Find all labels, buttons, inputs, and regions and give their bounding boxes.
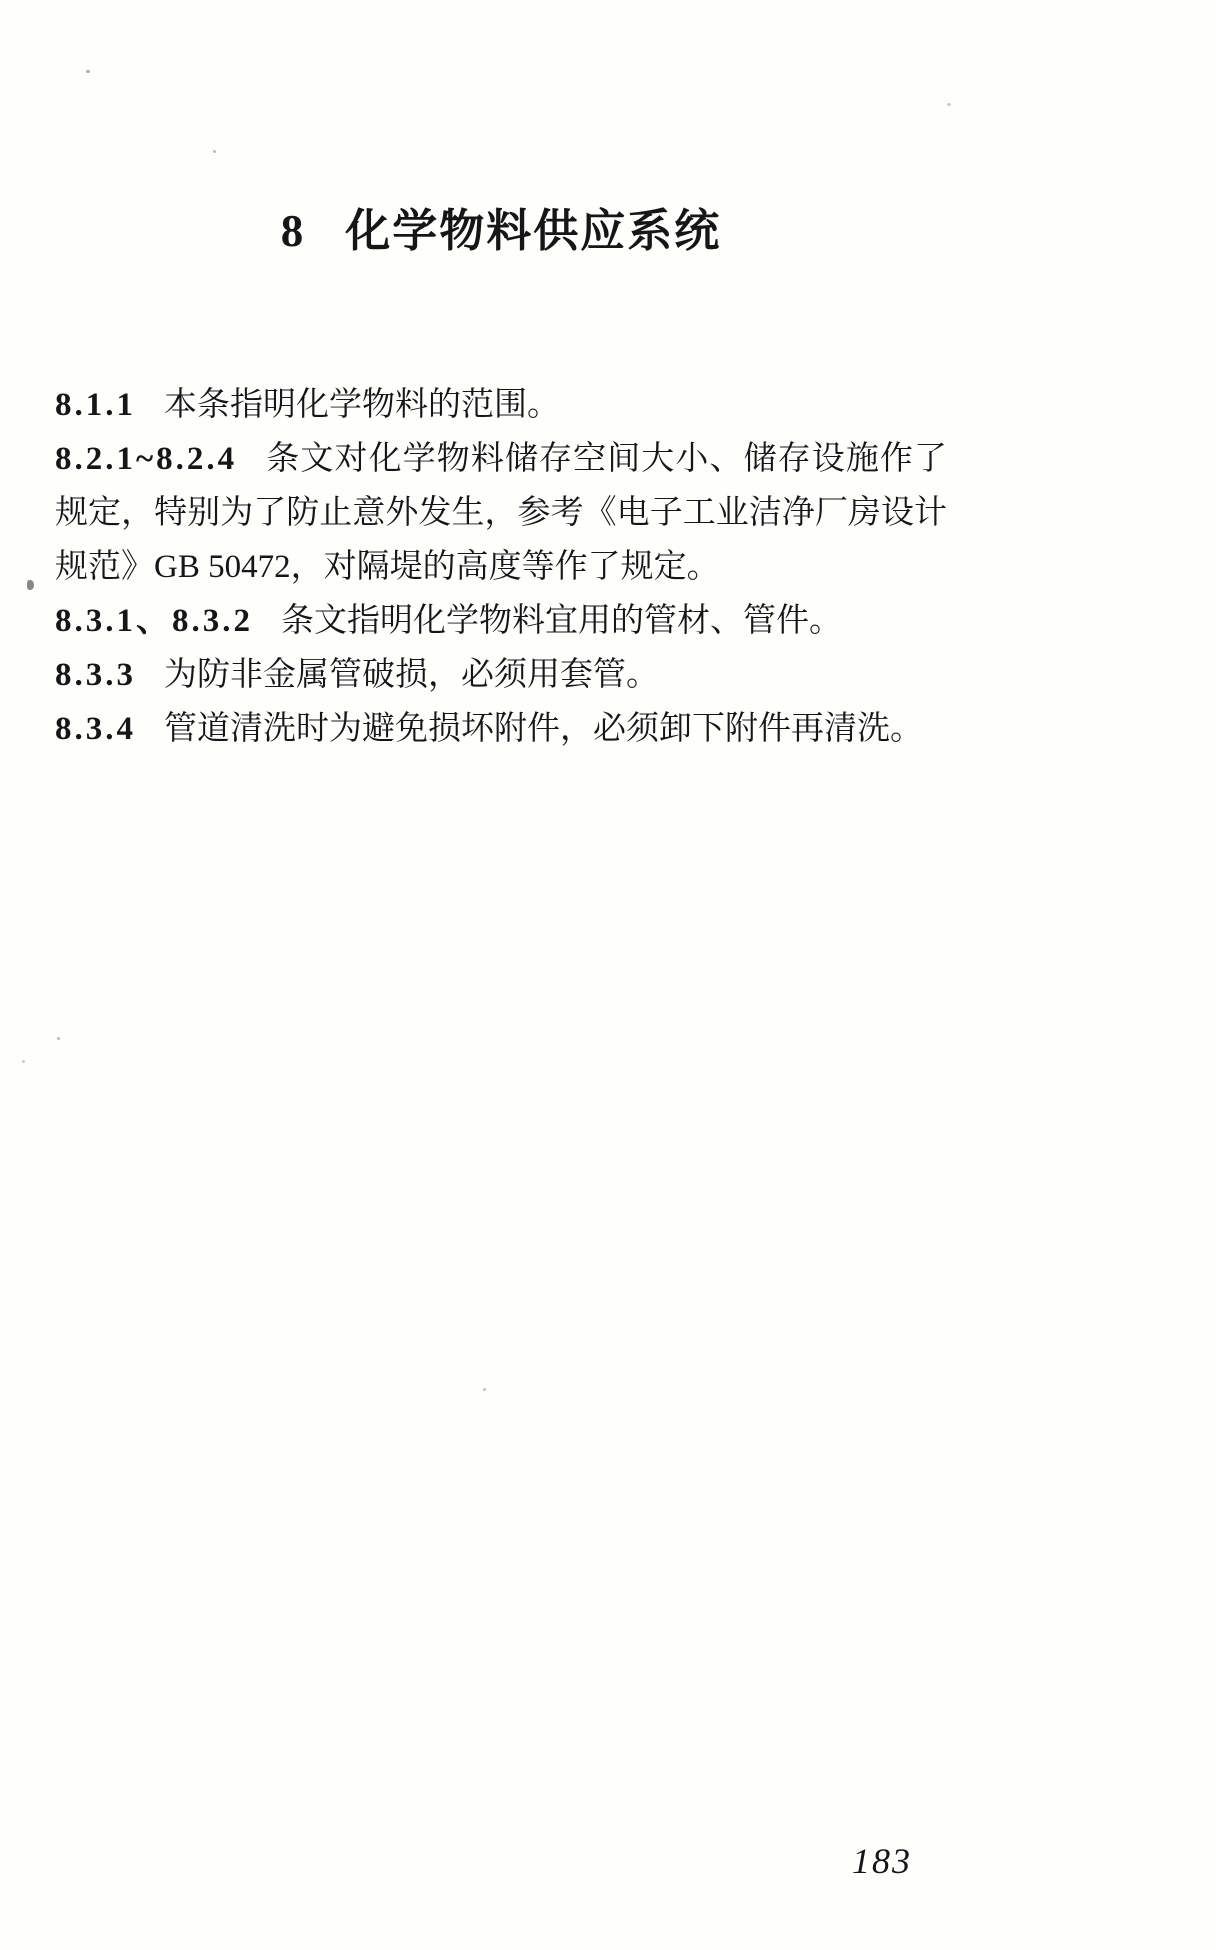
clause-explanations: 8.1.1本条指明化学物料的范围。 8.2.1~8.2.4条文对化学物料储存空间…: [55, 378, 947, 756]
chapter-title: 8化学物料供应系统: [55, 200, 947, 262]
clause-text: 为防非金属管破损，必须用套管。: [164, 657, 659, 693]
clause-paragraph: 8.2.1~8.2.4条文对化学物料储存空间大小、储存设施作了规定，特别为了防止…: [55, 432, 947, 594]
scan-speck: [27, 580, 34, 590]
clause-number: 8.3.3: [55, 657, 136, 693]
clause-number: 8.3.4: [55, 711, 136, 747]
clause-paragraph: 8.3.3为防非金属管破损，必须用套管。: [55, 648, 947, 702]
scan-speck: [213, 150, 216, 153]
clause-number: 8.2.1~8.2.4: [55, 441, 237, 477]
scan-speck: [483, 1388, 486, 1391]
scan-speck: [57, 1037, 60, 1040]
clause-paragraph: 8.3.1、8.3.2条文指明化学物料宜用的管材、管件。: [55, 594, 947, 648]
chapter-title-text: 化学物料供应系统: [345, 206, 721, 256]
scan-speck: [947, 103, 951, 106]
chapter-number: 8: [281, 206, 304, 256]
clause-text: 条文指明化学物料宜用的管材、管件。: [281, 603, 842, 639]
document-page: 8化学物料供应系统 8.1.1本条指明化学物料的范围。 8.2.1~8.2.4条…: [0, 0, 1216, 1950]
scan-speck: [22, 1060, 25, 1063]
clause-paragraph: 8.3.4管道清洗时为避免损坏附件，必须卸下附件再清洗。: [55, 702, 947, 756]
clause-text: 管道清洗时为避免损坏附件，必须卸下附件再清洗。: [164, 711, 923, 747]
scan-speck: [86, 70, 90, 73]
clause-text: 本条指明化学物料的范围。: [164, 387, 560, 423]
page-number: 183: [852, 1840, 912, 1882]
clause-number: 8.3.1、8.3.2: [55, 603, 253, 639]
clause-paragraph: 8.1.1本条指明化学物料的范围。: [55, 378, 947, 432]
clause-number: 8.1.1: [55, 387, 136, 423]
